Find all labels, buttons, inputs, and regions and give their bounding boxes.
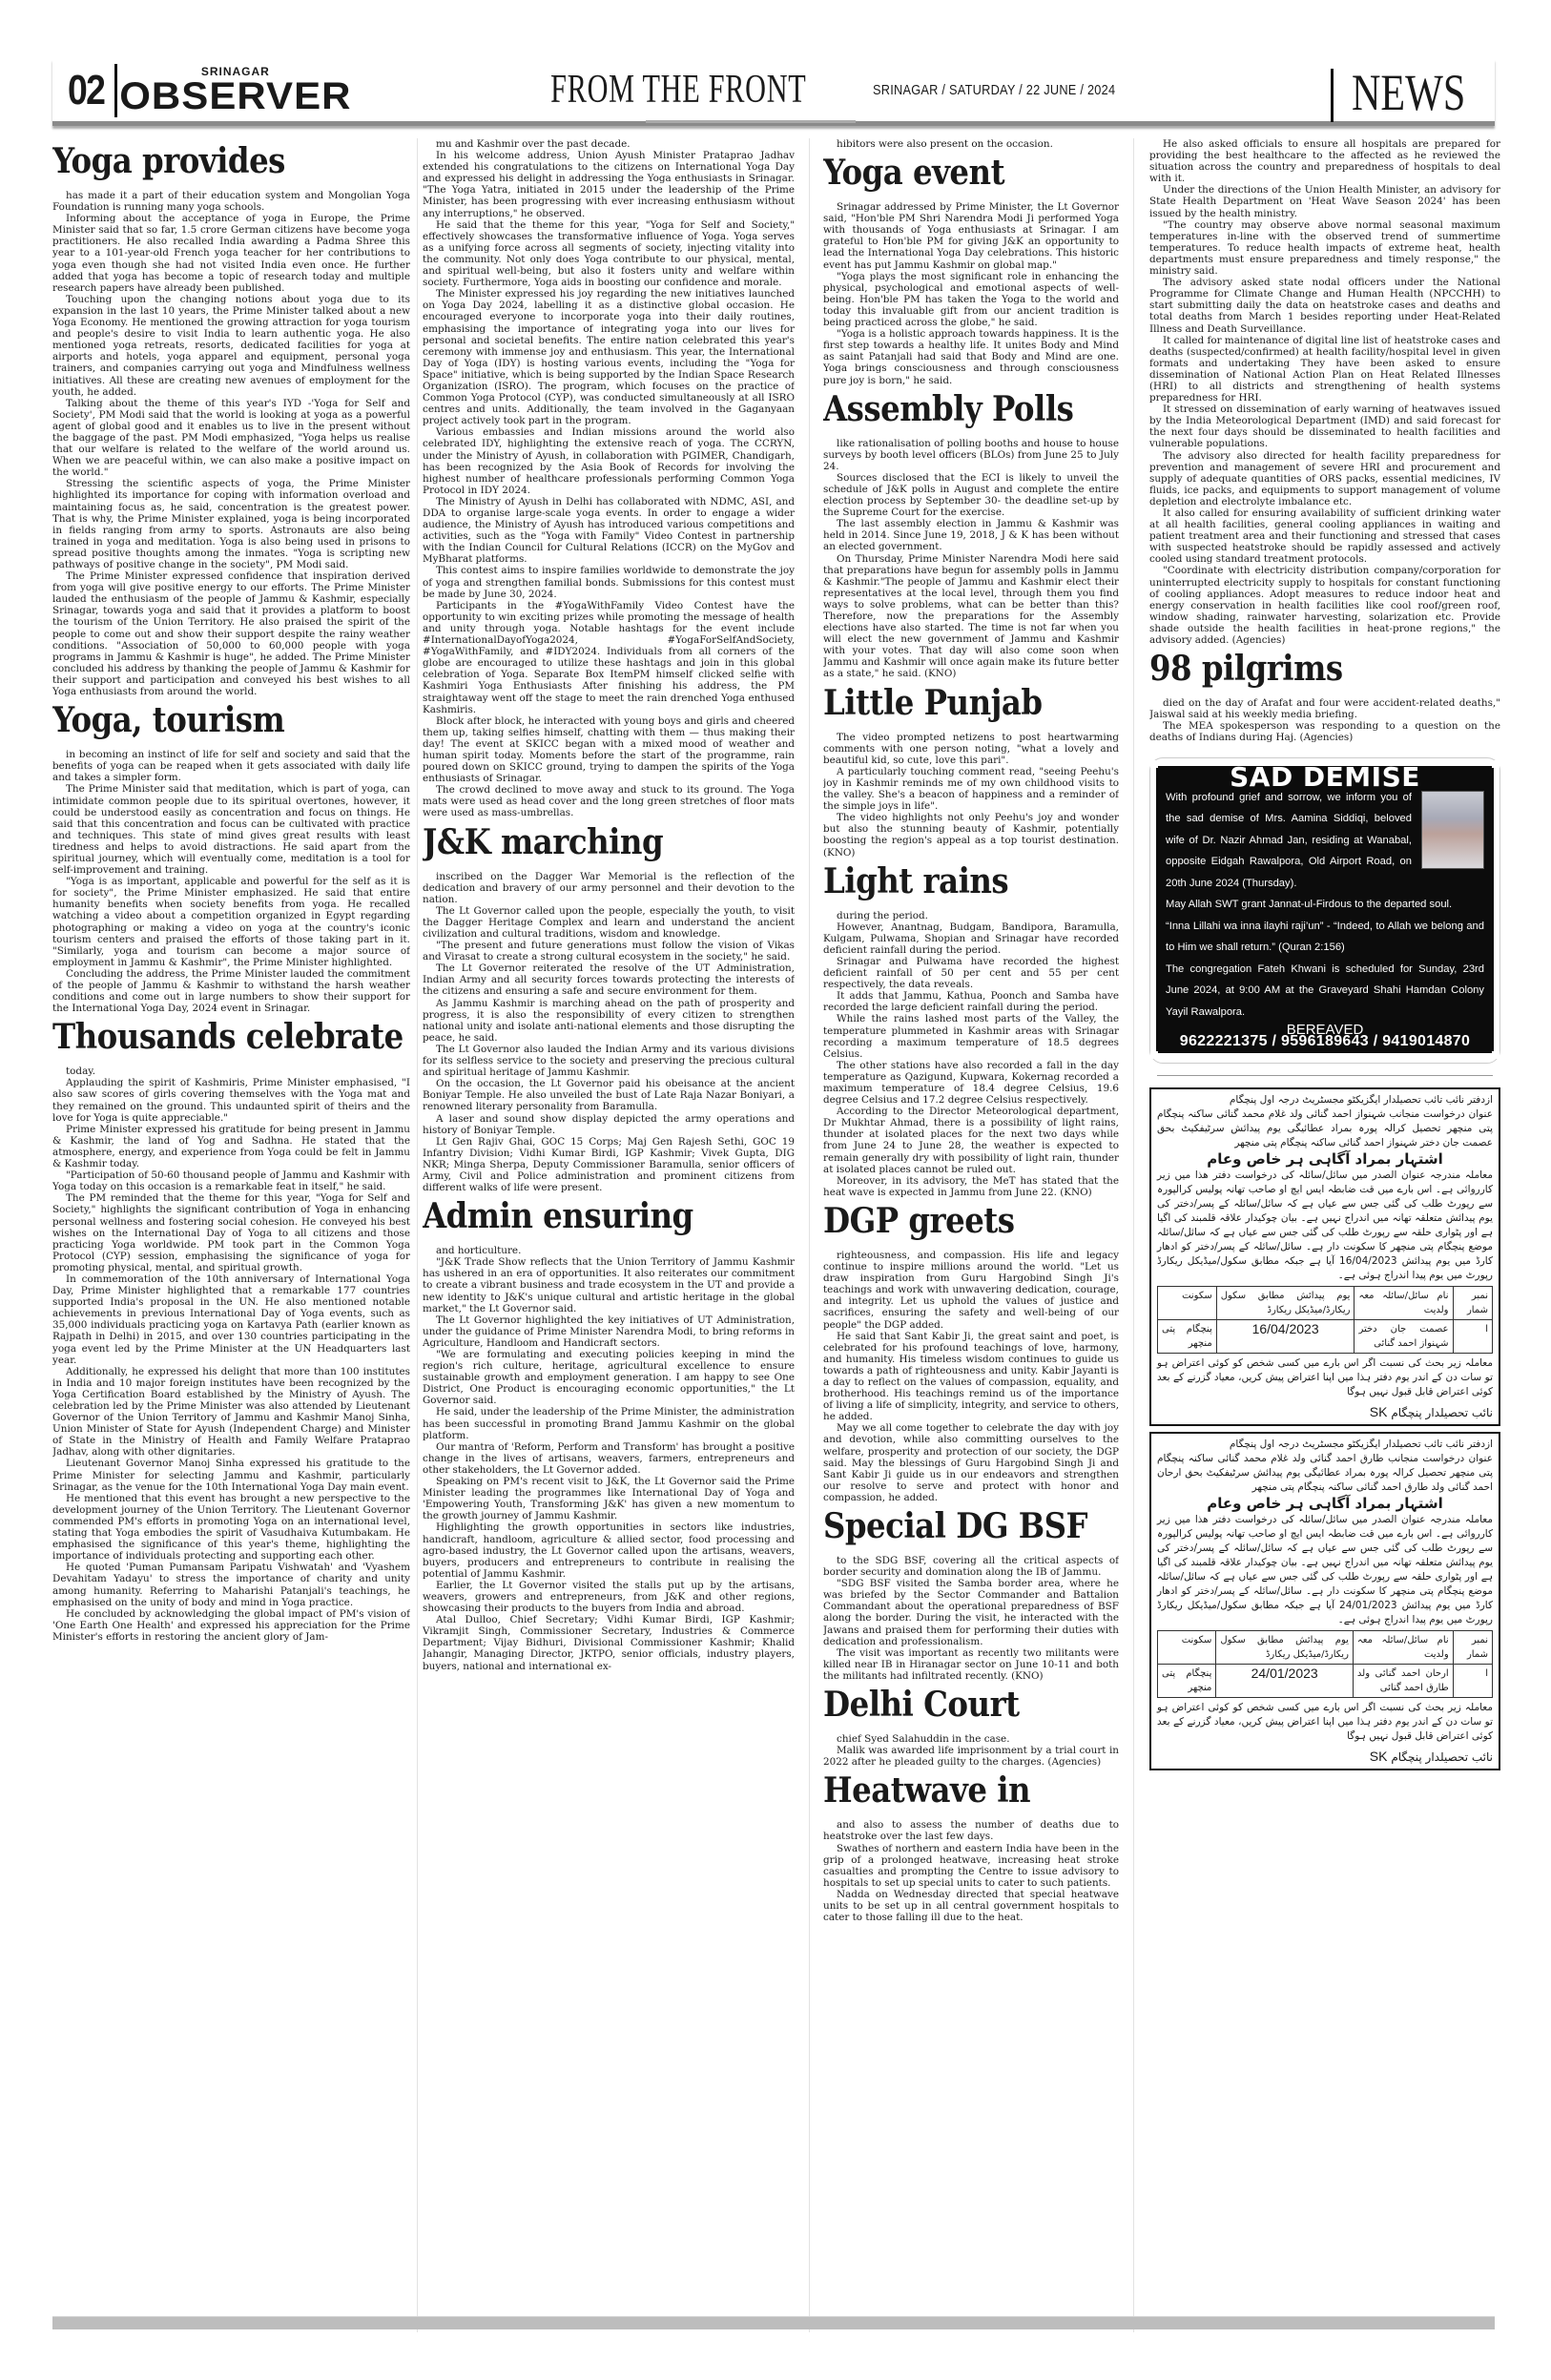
article-paragraph: Srinagar and Pulwama have recorded the h… — [823, 956, 1119, 990]
article-paragraph: hibitors were also present on the occasi… — [823, 138, 1119, 150]
article-paragraph: Swathes of northern and eastern India ha… — [823, 1843, 1119, 1889]
deceased-photo — [1421, 791, 1484, 869]
article-paragraph: to the SDG BSF, covering all the critica… — [823, 1555, 1119, 1578]
article-paragraph: and also to assess the number of deaths … — [823, 1819, 1119, 1842]
article-paragraph: "The present and future generations must… — [423, 940, 795, 962]
article-paragraph: died on the day of Arafat and four were … — [1149, 697, 1500, 720]
article-paragraph: and horticulture. — [423, 1245, 795, 1256]
public-notices: ازدفتر نائب تائب تحصیلدار ایگزیکٹو مجسٹر… — [1149, 1087, 1500, 1770]
notice-table-header: نام سائل/سائلہ معہ ولدیت — [1355, 1287, 1453, 1320]
article: Little PunjabThe video prompted netizens… — [823, 684, 1119, 859]
notice-table-header: نمبر شمار — [1453, 1287, 1493, 1320]
article-paragraph: The Ministry of Ayush in Delhi has colla… — [423, 496, 795, 566]
urdu-public-notice: ازدفتر نائب تائب تحصیلدار ایگزیکٹو مجسٹر… — [1149, 1432, 1500, 1770]
column-rule — [417, 138, 418, 2332]
notice-code: SK — [1370, 1404, 1388, 1419]
article-paragraph: Speaking on PM's recent visit to J&K, th… — [423, 1476, 795, 1521]
article-paragraph: The last assembly election in Jammu & Ka… — [823, 518, 1119, 552]
article-paragraph: The other stations have also recorded a … — [823, 1060, 1119, 1106]
article: hibitors were also present on the occasi… — [823, 138, 1119, 150]
notice-footer: معاملہ زیر بحث کی نسبت اگر اس بارے میں ک… — [1157, 1701, 1493, 1744]
article-paragraph: like rationalisation of polling booths a… — [823, 438, 1119, 472]
article: Special DG BSFto the SDG BSF, covering a… — [823, 1507, 1119, 1682]
article: Thousands celebratetoday.Applauding the … — [52, 1018, 410, 1643]
notice-table-cell: عصمت جان دختر شہنواز احمد گنائی — [1355, 1320, 1453, 1354]
article: Yoga provideshas made it a part of their… — [52, 142, 410, 697]
article-headline: Special DG BSF — [823, 1507, 1119, 1545]
obituary-quote: “Inna Lillahi wa inna ilayhi raji’un” - … — [1166, 916, 1484, 959]
divider — [1157, 1075, 1493, 1076]
column-4-articles: He also asked officials to ensure all ho… — [1149, 138, 1500, 744]
article-paragraph: Talking about the theme of this year's I… — [52, 398, 410, 479]
article-paragraph: Under the directions of the Union Health… — [1149, 184, 1500, 218]
article-paragraph: It called for maintenance of digital lin… — [1149, 335, 1500, 404]
article: DGP greetsrighteousness, and compassion.… — [823, 1202, 1119, 1503]
article-paragraph: He mentioned that this event has brought… — [52, 1493, 410, 1563]
column-2: mu and Kashmir over the past decade.In h… — [423, 138, 795, 2356]
article-headline: Light rains — [823, 862, 1119, 900]
article-paragraph: The video prompted netizens to post hear… — [823, 732, 1119, 766]
column-3: hibitors were also present on the occasi… — [823, 138, 1119, 2356]
article-paragraph: The Minister expressed his joy regarding… — [423, 288, 795, 426]
notice-table-cell: پنچگام پتی منچھر — [1158, 1320, 1217, 1354]
page-number: 02 — [68, 67, 104, 114]
notice-signature: نائب تحصیلدار پنچگام SK — [1157, 1749, 1493, 1765]
notice-table-cell: ا — [1453, 1320, 1493, 1354]
obituary-congregation: The congregation Fateh Khwani is schedul… — [1166, 959, 1484, 1024]
article-headline: J&K marching — [423, 823, 795, 861]
article: J&K marchinginscribed on the Dagger War … — [423, 823, 795, 1194]
notice-table-header: سکونت — [1158, 1631, 1216, 1665]
article-paragraph: It stressed on dissemination of early wa… — [1149, 404, 1500, 449]
notice-subject: عنوان درخواست منجانب شہنواز احمد گنائی و… — [1157, 1107, 1493, 1150]
article-paragraph: has made it a part of their education sy… — [52, 190, 410, 213]
obituary-prayer: May Allah SWT grant Jannat-ul-Firdous to… — [1166, 894, 1484, 916]
notice-header: ازدفتر نائب تائب تحصیلدار ایگزیکٹو مجسٹر… — [1157, 1093, 1493, 1107]
article-paragraph: The visit was important as recently two … — [823, 1647, 1119, 1682]
article-paragraph: righteousness, and compassion. His life … — [823, 1250, 1119, 1331]
article: Yoga, tourismin becoming an instinct of … — [52, 701, 410, 1014]
section-title: FROM THE FRONT — [550, 67, 806, 113]
article-paragraph: Lt Gen Rajiv Ghai, GOC 15 Corps; Maj Gen… — [423, 1136, 795, 1193]
article: Heatwave inand also to assess the number… — [823, 1771, 1119, 1923]
dateline: SRINAGAR / SATURDAY / 22 JUNE / 2024 — [873, 82, 1115, 98]
column-rule — [1133, 138, 1134, 2332]
notice-table: نمبر شمارنام سائل/سائلہ معہ ولدیتیوم پید… — [1157, 1286, 1493, 1354]
masthead: 02 SRINAGAR OBSERVER FROM THE FRONT SRIN… — [52, 59, 1495, 126]
article-paragraph: The MEA spokesperson was responding to a… — [1149, 720, 1500, 743]
column-4: He also asked officials to ensure all ho… — [1149, 138, 1500, 2356]
article-paragraph: He said that the theme for this year, "Y… — [423, 219, 795, 289]
logo-name: OBSERVER — [119, 77, 351, 115]
article: Assembly Pollslike rationalisation of po… — [823, 390, 1119, 680]
article-paragraph: "We are formulating and executing polici… — [423, 1349, 795, 1406]
article-paragraph: While the rains lashed most parts of the… — [823, 1013, 1119, 1059]
notice-header: ازدفتر نائب تائب تحصیلدار ایگزیکٹو مجسٹر… — [1157, 1438, 1493, 1452]
article-paragraph: He quoted 'Puman Pumansam Paripatu Vishw… — [52, 1562, 410, 1607]
article-paragraph: He concluded by acknowledging the global… — [52, 1608, 410, 1643]
article-paragraph: The advisory asked state nodal officers … — [1149, 277, 1500, 334]
article-paragraph: Lieutenant Governor Manoj Sinha expresse… — [52, 1458, 410, 1492]
article-paragraph: The Prime Minister expressed confidence … — [52, 570, 410, 697]
article-paragraph: "J&K Trade Show reflects that the Union … — [423, 1256, 795, 1314]
article-headline: Little Punjab — [823, 684, 1119, 722]
article-paragraph: The video highlights not only Peehu's jo… — [823, 812, 1119, 858]
article-paragraph: The Lt Governor also lauded the Indian A… — [423, 1044, 795, 1078]
article-paragraph: It also called for ensuring availability… — [1149, 507, 1500, 565]
article-paragraph: In his welcome address, Union Ayush Mini… — [423, 150, 795, 219]
notice-footer: معاملہ زیر بحث کی نسبت اگر اس بارے میں ک… — [1157, 1356, 1493, 1399]
article-paragraph: inscribed on the Dagger War Memorial is … — [423, 871, 795, 905]
article-paragraph: Moreover, in its advisory, the MeT has s… — [823, 1175, 1119, 1198]
article-headline: 98 pilgrims — [1149, 650, 1500, 688]
article-paragraph: He also asked officials to ensure all ho… — [1149, 138, 1500, 184]
article-paragraph: Touching upon the changing notions about… — [52, 294, 410, 398]
article-paragraph: A particularly touching comment read, "s… — [823, 766, 1119, 812]
article-paragraph: "Yoga is a holistic approach towards hap… — [823, 328, 1119, 385]
article-headline: Delhi Court — [823, 1686, 1119, 1724]
article-headline: Yoga provides — [52, 142, 410, 180]
article-paragraph: Various embassies and Indian missions ar… — [423, 426, 795, 496]
notice-table-header: یوم پیدائش مطابق سکول ریکارڈ/میڈیکل ریکا… — [1216, 1287, 1355, 1320]
article-paragraph: Additionally, he expressed his delight t… — [52, 1366, 410, 1459]
article-paragraph: He said, under the leadership of the Pri… — [423, 1406, 795, 1440]
article-paragraph: Our mantra of 'Reform, Perform and Trans… — [423, 1441, 795, 1476]
article-paragraph: He said that Sant Kabir Ji, the great sa… — [823, 1331, 1119, 1423]
notice-table-cell: ارحان احمد گنائی ولد طارق احمد گنائی — [1353, 1665, 1453, 1698]
column-rule — [809, 138, 810, 2332]
footer-bar — [52, 2316, 1495, 2329]
article-headline: Heatwave in — [823, 1771, 1119, 1810]
obituary-title: SAD DEMISE — [1166, 772, 1484, 783]
article-paragraph: This contest aims to inspire families wo… — [423, 565, 795, 599]
article-paragraph: Block after block, he interacted with yo… — [423, 715, 795, 785]
article-paragraph: On Thursday, Prime Minister Narendra Mod… — [823, 553, 1119, 680]
notice-code: SK — [1370, 1749, 1388, 1764]
article-paragraph: in becoming an instinct of life for self… — [52, 749, 410, 783]
article-headline: Yoga event — [823, 154, 1119, 192]
article-headline: Thousands celebrate — [52, 1018, 410, 1056]
signature-text: نائب تحصیلدار پنچگام — [1391, 1406, 1493, 1419]
article-paragraph: The crowd declined to move away and stuc… — [423, 784, 795, 818]
article-paragraph: Participants in the #YogaWithFamily Vide… — [423, 600, 795, 715]
section-underline — [646, 120, 856, 123]
notice-table-cell: 24/01/2023 — [1216, 1665, 1354, 1698]
signature-text: نائب تحصیلدار پنچگام — [1391, 1750, 1493, 1764]
article: 98 pilgrimsdied on the day of Arafat and… — [1149, 650, 1500, 743]
article-paragraph: It adds that Jammu, Kathua, Poonch and S… — [823, 990, 1119, 1013]
article-paragraph: Informing about the acceptance of yoga i… — [52, 213, 410, 294]
article-headline: Admin ensuring — [423, 1197, 795, 1235]
article-paragraph: Nadda on Wednesday directed that special… — [823, 1889, 1119, 1923]
article-paragraph: Concluding the address, the Prime Minist… — [52, 968, 410, 1014]
notice-table-cell: 16/04/2023 — [1216, 1320, 1355, 1354]
notice-table-header: نام سائل/سائلہ معہ ولدیت — [1353, 1631, 1453, 1665]
section-label-news: NEWS — [1352, 63, 1465, 122]
obituary-ad: SAD DEMISE With profound grief and sorro… — [1149, 757, 1500, 1065]
article-paragraph: Sources disclosed that the ECI is likely… — [823, 472, 1119, 518]
notice-table-header: نمبر شمار — [1453, 1631, 1492, 1665]
article-paragraph: The PM reminded that the theme for this … — [52, 1192, 410, 1273]
article-paragraph: Applauding the spirit of Kashmiris, Prim… — [52, 1077, 410, 1123]
article-paragraph: May we all come together to celebrate th… — [823, 1422, 1119, 1503]
article-paragraph: On the occasion, the Lt Governor paid hi… — [423, 1078, 795, 1112]
notice-table-cell: پنچگام پتی منچھر — [1158, 1665, 1216, 1698]
obituary-body: With profound grief and sorrow, we infor… — [1166, 787, 1484, 1024]
urdu-public-notice: ازدفتر نائب تائب تحصیلدار ایگزیکٹو مجسٹر… — [1149, 1087, 1500, 1426]
article-paragraph: "SDG BSF visited the Samba border area, … — [823, 1578, 1119, 1647]
notice-title: اشتہار بمراد آگاہی ہر خاص وعام — [1157, 1497, 1493, 1511]
article-headline: DGP greets — [823, 1202, 1119, 1240]
article-paragraph: In commemoration of the 10th anniversary… — [52, 1273, 410, 1366]
article-paragraph: "The country may observe above normal se… — [1149, 219, 1500, 277]
obituary-box: SAD DEMISE With profound grief and sorro… — [1156, 766, 1494, 1054]
notice-title: اشتہار بمراد آگاہی ہر خاص وعام — [1157, 1152, 1493, 1167]
corner-ornament — [1150, 1051, 1158, 1059]
corner-ornament — [1492, 1051, 1499, 1059]
obituary-phones: 9622221375 / 9596189643 / 9419014870 — [1166, 1036, 1484, 1047]
article-paragraph: today. — [52, 1066, 410, 1077]
article-paragraph: The Prime Minister said that meditation,… — [52, 783, 410, 876]
notice-table: نمبر شمارنام سائل/سائلہ معہ ولدیتیوم پید… — [1157, 1630, 1493, 1698]
article-paragraph: Prime Minister expressed his gratitude f… — [52, 1124, 410, 1169]
article-paragraph: Earlier, the Lt Governor visited the sta… — [423, 1580, 795, 1614]
notice-table-cell: ا — [1453, 1665, 1492, 1698]
masthead-divider — [114, 64, 117, 117]
article-paragraph: Stressing the scientific aspects of yoga… — [52, 478, 410, 570]
column-1: Yoga provideshas made it a part of their… — [52, 138, 410, 2356]
notice-table-header: یوم پیدائش مطابق سکول ریکارڈ/میڈیکل ریکا… — [1216, 1631, 1354, 1665]
notice-table-header: سکونت — [1158, 1287, 1217, 1320]
article-headline: Yoga, tourism — [52, 701, 410, 739]
article: Admin ensuringand horticulture."J&K Trad… — [423, 1197, 795, 1671]
article: mu and Kashmir over the past decade.In h… — [423, 138, 795, 819]
article-paragraph: Malik was awarded life imprisonment by a… — [823, 1745, 1119, 1768]
article-paragraph: chief Syed Salahuddin in the case. — [823, 1733, 1119, 1745]
article-headline: Assembly Polls — [823, 390, 1119, 428]
notice-body: معاملہ مندرجہ عنوان الصدر میں سائل/سائلہ… — [1157, 1513, 1493, 1627]
corner-ornament — [1150, 760, 1158, 768]
article-paragraph: "Coordinate with electricity distributio… — [1149, 565, 1500, 646]
notice-body: معاملہ مندرجہ عنوان الصدر میں سائل/سائلہ… — [1157, 1169, 1493, 1283]
corner-ornament — [1492, 760, 1499, 768]
article: Delhi Courtchief Syed Salahuddin in the … — [823, 1686, 1119, 1768]
article-paragraph: mu and Kashmir over the past decade. — [423, 138, 795, 150]
article-paragraph: Atal Dulloo, Chief Secretary; Vidhi Kuma… — [423, 1614, 795, 1671]
article-paragraph: The advisory also directed for health fa… — [1149, 450, 1500, 507]
article-paragraph: during the period. — [823, 910, 1119, 921]
article-paragraph: "Yoga plays the most significant role in… — [823, 271, 1119, 328]
article-paragraph: As Jammu Kashmir is marching ahead on th… — [423, 998, 795, 1044]
article-paragraph: A laser and sound show display depicted … — [423, 1113, 795, 1136]
article-paragraph: The Lt Governor reiterated the resolve o… — [423, 962, 795, 997]
article-paragraph: Highlighting the growth opportunities in… — [423, 1521, 795, 1579]
masthead-divider-right — [1331, 69, 1334, 122]
newspaper-logo: SRINAGAR OBSERVER — [125, 66, 346, 115]
article-paragraph: Srinagar addressed by Prime Minister, th… — [823, 201, 1119, 271]
article: He also asked officials to ensure all ho… — [1149, 138, 1500, 646]
article-paragraph: The Lt Governor highlighted the key init… — [423, 1314, 795, 1349]
article-paragraph: "Yoga is as important, applicable and po… — [52, 876, 410, 968]
article-paragraph: However, Anantnag, Budgam, Bandipora, Ba… — [823, 921, 1119, 956]
notice-subject: عنوان درخواست منجانب طارق احمد گنائی ولد… — [1157, 1452, 1493, 1495]
notice-signature: نائب تحصیلدار پنچگام SK — [1157, 1405, 1493, 1420]
article: Yoga eventSrinagar addressed by Prime Mi… — [823, 154, 1119, 386]
article-paragraph: According to the Director Meteorological… — [823, 1106, 1119, 1175]
article-paragraph: The Lt Governor called upon the people, … — [423, 905, 795, 940]
article-paragraph: "Participation of 50-60 thousand people … — [52, 1169, 410, 1192]
article: Light rainsduring the period.However, An… — [823, 862, 1119, 1198]
